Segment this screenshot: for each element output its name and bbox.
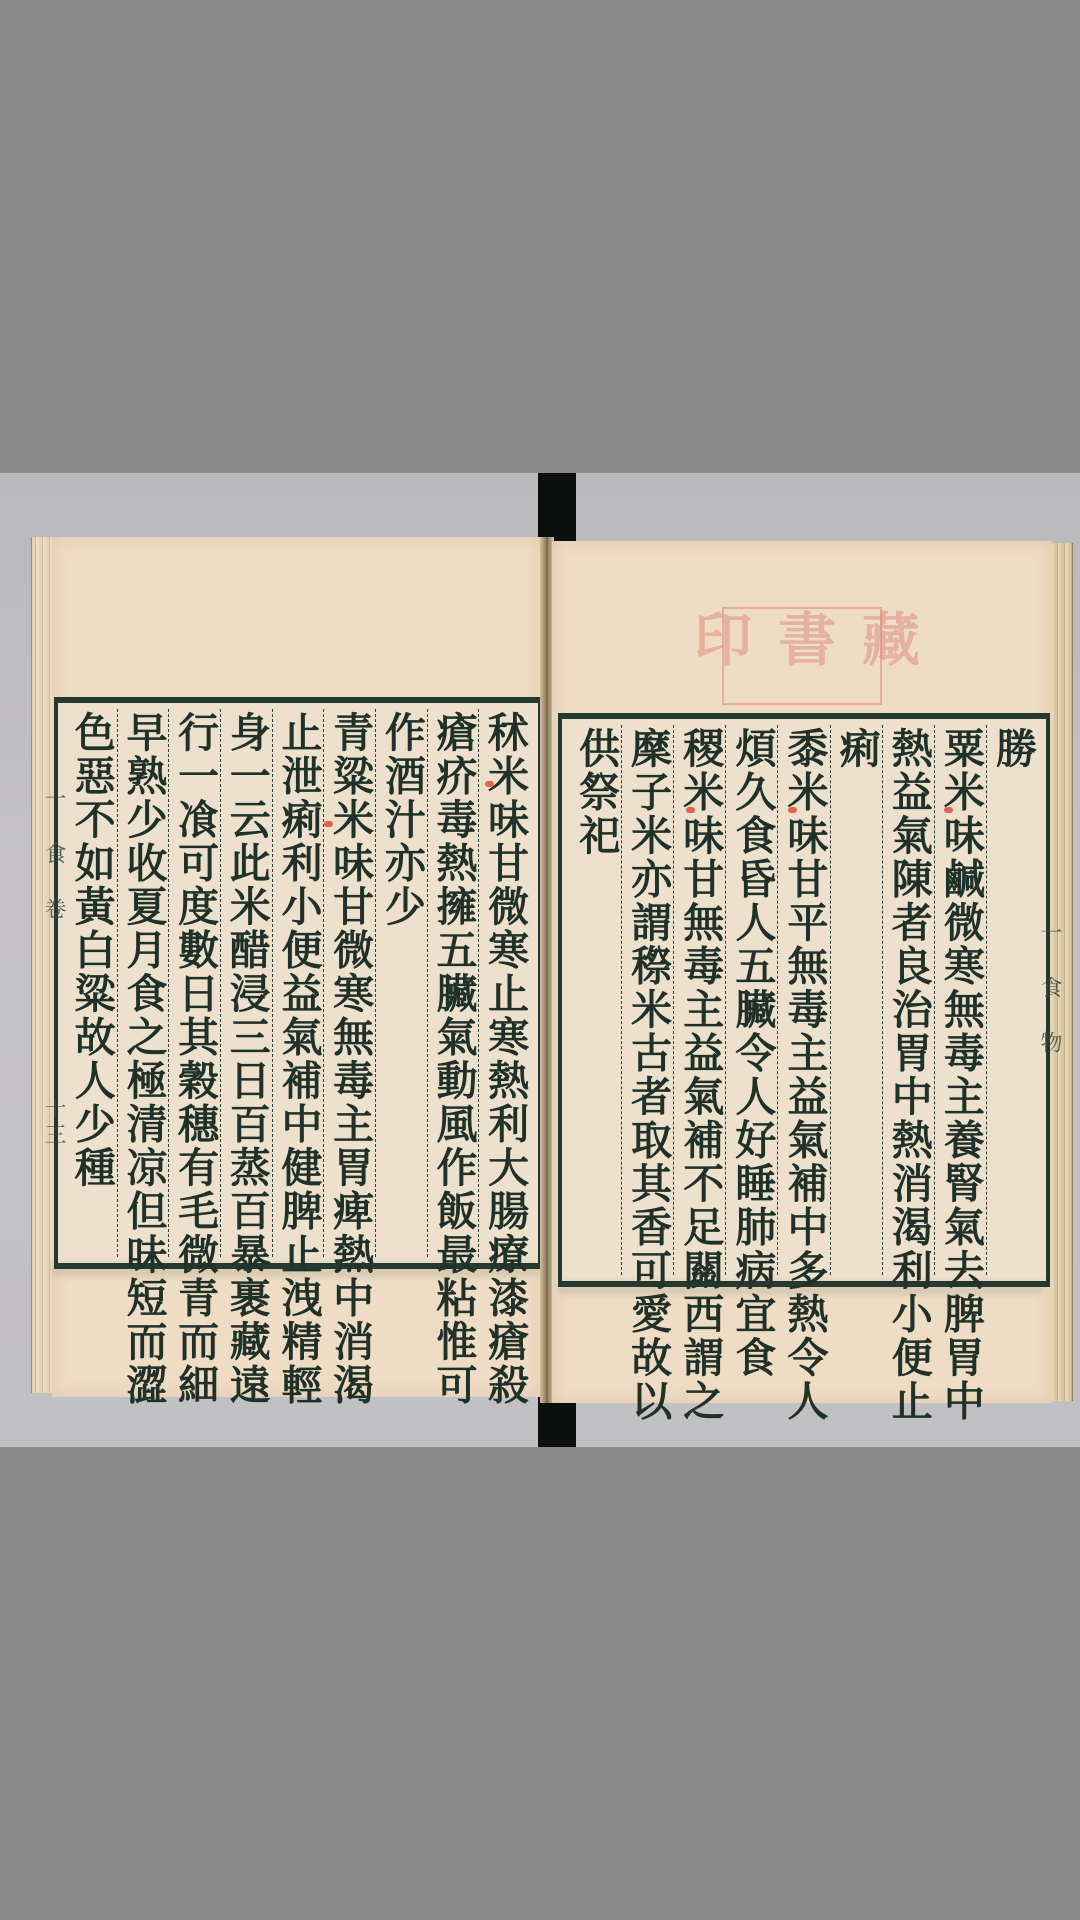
bookmark-ribbon-bottom bbox=[538, 1397, 576, 1447]
red-punctuation-mark bbox=[788, 807, 797, 813]
red-punctuation-mark bbox=[485, 781, 494, 787]
text-column: 痢 bbox=[830, 725, 882, 1275]
right-page: 藏書印 勝 粟米味鹹微寒無毒主養腎氣去脾胃中 熱益氣陳者良治胃中熱消渴利小便止 … bbox=[552, 541, 1052, 1403]
column-text: 熱益氣陳者良治胃中熱消渴利小便止 bbox=[888, 727, 929, 1275]
block-center-title: 一 食 卷 bbox=[38, 787, 69, 923]
text-column: 行一飡可度數日其穀穗有毛微青而細 bbox=[168, 709, 220, 1257]
column-text: 秫米味甘微寒止寒熱利大腸療漆瘡殺 bbox=[484, 711, 525, 1257]
text-column: 供祭祀 bbox=[570, 725, 621, 1275]
column-text: 青粱米味甘微寒無毒主胃痺熱中消渴 bbox=[329, 711, 370, 1257]
text-column: 瘡疥毒熱擁五臟氣動風作飯最粘惟可 bbox=[427, 709, 479, 1257]
text-column: 身一云此米醋浸三日百蒸百暴裹藏遠 bbox=[220, 709, 272, 1257]
column-text: 行一飡可度數日其穀穗有毛微青而細 bbox=[174, 711, 215, 1257]
red-punctuation-mark bbox=[324, 821, 333, 827]
column-text: 早熟少收夏月食之極清凉但味短而澀 bbox=[122, 711, 163, 1257]
column-text: 供祭祀 bbox=[575, 727, 616, 1275]
column-text: 煩久食昏人五臟令人好睡肺病宜食 bbox=[731, 727, 772, 1275]
column-text: 瘡疥毒熱擁五臟氣動風作飯最粘惟可 bbox=[432, 711, 473, 1257]
text-column: 早熟少收夏月食之極清凉但味短而澀 bbox=[117, 709, 169, 1257]
text-column: 止泄痢利小便益氣補中健脾止洩精輕 bbox=[272, 709, 324, 1257]
left-text-frame: 秫米味甘微寒止寒熱利大腸療漆瘡殺 瘡疥毒熱擁五臟氣動風作飯最粘惟可 作酒汁亦少 … bbox=[54, 697, 542, 1269]
text-column: 色惡不如黃白粱故人少種 bbox=[66, 709, 117, 1257]
red-punctuation-mark bbox=[686, 807, 695, 813]
block-center-title: 一 食 物 bbox=[1034, 921, 1065, 1057]
text-column: 穈子米亦謂穄米古者取其香可愛故以 bbox=[621, 725, 673, 1275]
text-column: 煩久食昏人五臟令人好睡肺病宜食 bbox=[725, 725, 777, 1275]
column-text: 穈子米亦謂穄米古者取其香可愛故以 bbox=[627, 727, 668, 1275]
left-columns: 秫米味甘微寒止寒熱利大腸療漆瘡殺 瘡疥毒熱擁五臟氣動風作飯最粘惟可 作酒汁亦少 … bbox=[66, 709, 530, 1257]
column-text: 身一云此米醋浸三日百蒸百暴裹藏遠 bbox=[226, 711, 267, 1257]
column-text: 痢 bbox=[836, 727, 877, 1275]
right-columns: 勝 粟米味鹹微寒無毒主養腎氣去脾胃中 熱益氣陳者良治胃中熱消渴利小便止 痢 黍米… bbox=[570, 725, 1038, 1275]
text-column: 勝 bbox=[986, 725, 1038, 1275]
left-page: 秫米味甘微寒止寒熱利大腸療漆瘡殺 瘡疥毒熱擁五臟氣動風作飯最粘惟可 作酒汁亦少 … bbox=[52, 537, 542, 1397]
column-text: 勝 bbox=[992, 727, 1033, 1275]
column-text: 色惡不如黃白粱故人少種 bbox=[71, 711, 112, 1257]
text-column: 粟米味鹹微寒無毒主養腎氣去脾胃中 bbox=[934, 725, 986, 1275]
block-center-page-number: 十三 bbox=[38, 1097, 69, 1149]
column-text: 止泄痢利小便益氣補中健脾止洩精輕 bbox=[277, 711, 318, 1257]
bookmark-ribbon-top bbox=[538, 473, 576, 541]
ink-smudge bbox=[558, 1281, 1042, 1295]
text-column: 黍米味甘平無毒主益氣補中多熱令人 bbox=[777, 725, 829, 1275]
column-text: 作酒汁亦少 bbox=[381, 711, 422, 1257]
text-column: 青粱米味甘微寒無毒主胃痺熱中消渴 bbox=[323, 709, 375, 1257]
collector-seal: 藏書印 bbox=[722, 607, 882, 705]
text-column: 稷米味甘無毒主益氣補不足關西謂之 bbox=[673, 725, 725, 1275]
book-photo: 秫米味甘微寒止寒熱利大腸療漆瘡殺 瘡疥毒熱擁五臟氣動風作飯最粘惟可 作酒汁亦少 … bbox=[0, 473, 1080, 1447]
right-text-frame: 勝 粟米味鹹微寒無毒主養腎氣去脾胃中 熱益氣陳者良治胃中熱消渴利小便止 痢 黍米… bbox=[558, 713, 1050, 1287]
text-column: 熱益氣陳者良治胃中熱消渴利小便止 bbox=[882, 725, 934, 1275]
red-punctuation-mark bbox=[944, 807, 953, 813]
text-column: 秫米味甘微寒止寒熱利大腸療漆瘡殺 bbox=[478, 709, 530, 1257]
text-column: 作酒汁亦少 bbox=[375, 709, 427, 1257]
ink-smudge bbox=[52, 1263, 538, 1277]
